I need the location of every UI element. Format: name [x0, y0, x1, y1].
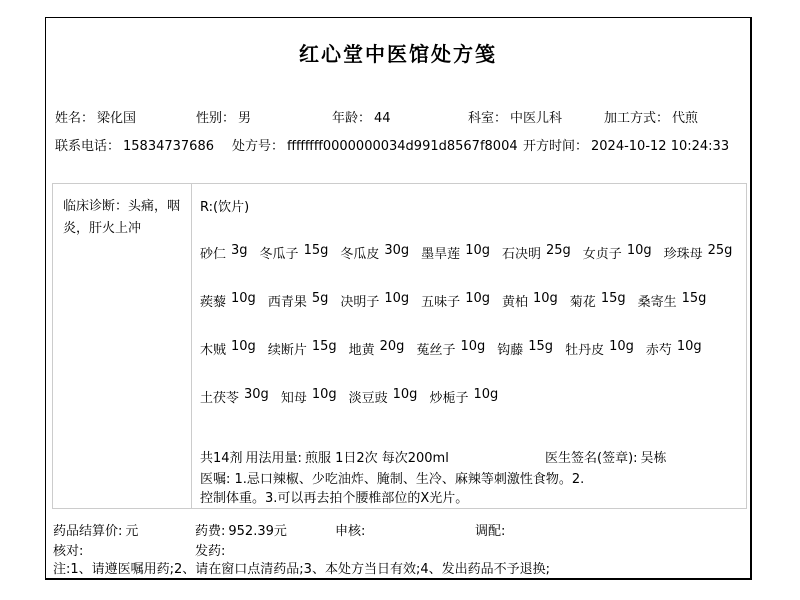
- herb-row-1: 砂仁3g冬瓜子15g冬瓜皮30g墨旱莲10g石决明25g女贞子10g珍珠母25g: [200, 243, 732, 262]
- herb-dose: 15g: [304, 243, 329, 262]
- dispense-prepare-label: 调配:: [475, 520, 505, 539]
- herb-dose: 15g: [682, 291, 707, 310]
- prescribe-time-value: 2024-10-12 10:24:33: [591, 139, 729, 154]
- herb-name: 淡豆豉: [349, 387, 388, 406]
- herb-item: 五味子10g: [421, 291, 490, 310]
- herb-item: 墨旱莲10g: [421, 243, 490, 262]
- settlement-price-value: 元: [125, 520, 138, 539]
- herb-item: 珍珠母25g: [664, 243, 733, 262]
- herb-dose: 20g: [380, 339, 405, 358]
- herb-name: 墨旱莲: [421, 243, 460, 262]
- herb-name: 地黄: [349, 339, 375, 358]
- herb-name: 冬瓜子: [260, 243, 299, 262]
- rx-header: R:(饮片): [200, 196, 249, 215]
- patient-name-field: 姓名：梁化国: [55, 107, 136, 126]
- herb-dose: 10g: [465, 243, 490, 262]
- herb-item: 蒺藜10g: [200, 291, 256, 310]
- herb-dose: 10g: [533, 291, 558, 310]
- herb-item: 地黄20g: [349, 339, 405, 358]
- herb-dose: 10g: [677, 339, 702, 358]
- herb-item: 木贼10g: [200, 339, 256, 358]
- herb-dose: 15g: [312, 339, 337, 358]
- herb-name: 桑寄生: [638, 291, 677, 310]
- medical-advice-line1: 医嘱: 1.忌口辣椒、少吃油炸、腌制、生冷、麻辣等刺激性食物。2.: [200, 468, 584, 487]
- department-value: 中医儿科: [510, 107, 562, 126]
- prescription-sheet: 红心堂中医馆处方笺 姓名：梁化国 性别：男 年龄：44 科室：中医儿科 加工方式…: [45, 17, 752, 580]
- herb-dose: 15g: [528, 339, 553, 358]
- patient-age-field: 年龄：44: [332, 107, 391, 126]
- herb-dose: 25g: [546, 243, 571, 262]
- herb-item: 冬瓜皮30g: [340, 243, 409, 262]
- patient-gender-label: 性别：: [196, 107, 235, 126]
- processing-method-field: 加工方式：代煎: [604, 107, 698, 126]
- herb-item: 续断片15g: [268, 339, 337, 358]
- medical-advice-line2: 控制体重。3.可以再去拍个腰椎部位的X光片。: [200, 487, 468, 506]
- herb-dose: 10g: [231, 291, 256, 310]
- herb-name: 木贼: [200, 339, 226, 358]
- herb-item: 女贞子10g: [583, 243, 652, 262]
- herb-dose: 10g: [231, 339, 256, 358]
- herb-item: 土茯苓30g: [200, 387, 269, 406]
- medicine-fee-value: 952.39元: [228, 520, 287, 539]
- herb-row-3: 木贼10g续断片15g地黄20g菟丝子10g钩藤15g牡丹皮10g赤芍10g: [200, 339, 702, 358]
- patient-name-label: 姓名：: [55, 107, 94, 126]
- footer-note: 注:1、请遵医嘱用药;2、请在窗口点清药品;3、本处方当日有效;4、发出药品不予…: [53, 558, 550, 577]
- prescription-body: 临床诊断：头痛，咽炎，肝火上冲 R:(饮片) 砂仁3g冬瓜子15g冬瓜皮30g墨…: [52, 183, 747, 509]
- processing-method-label: 加工方式：: [604, 107, 669, 126]
- usage-label: 用法用量:: [246, 447, 302, 466]
- prescription-number-field: 处方号：ffffffff0000000034d991d8567f8004: [232, 135, 518, 154]
- dose-count: 共14剂: [200, 447, 243, 466]
- herb-item: 赤芍10g: [646, 339, 702, 358]
- usage-value: 煎服 1日2次 每次200ml: [305, 447, 449, 466]
- herb-dose: 5g: [312, 291, 329, 310]
- phone-field: 联系电话：15834737686: [55, 135, 214, 154]
- herb-item: 菟丝子10g: [416, 339, 485, 358]
- herb-name: 菊花: [570, 291, 596, 310]
- herb-name: 珍珠母: [664, 243, 703, 262]
- herb-dose: 10g: [627, 243, 652, 262]
- usage-line: 共14剂 用法用量: 煎服 1日2次 每次200ml: [200, 447, 449, 466]
- prescribe-time-label: 开方时间：: [523, 135, 588, 154]
- settlement-price-field: 药品结算价:元: [53, 520, 138, 539]
- herb-item: 知母10g: [281, 387, 337, 406]
- herb-name: 炒栀子: [429, 387, 468, 406]
- herb-item: 牡丹皮10g: [565, 339, 634, 358]
- herb-item: 石决明25g: [502, 243, 571, 262]
- herb-dose: 10g: [384, 291, 409, 310]
- prescription-number-label: 处方号：: [232, 135, 284, 154]
- herb-dose: 15g: [601, 291, 626, 310]
- herb-name: 续断片: [268, 339, 307, 358]
- patient-age-value: 44: [374, 111, 391, 126]
- check-label: 核对:: [53, 540, 83, 559]
- herb-dose: 10g: [473, 387, 498, 406]
- processing-method-value: 代煎: [672, 107, 698, 126]
- prescribe-time-field: 开方时间：2024-10-12 10:24:33: [523, 135, 729, 154]
- doctor-signature-value: 吴栋: [641, 447, 667, 466]
- herb-name: 决明子: [340, 291, 379, 310]
- medicine-fee-label: 药费:: [195, 520, 225, 539]
- department-field: 科室：中医儿科: [468, 107, 562, 126]
- column-divider: [191, 184, 192, 508]
- patient-age-label: 年龄：: [332, 107, 371, 126]
- herb-dose: 10g: [460, 339, 485, 358]
- settlement-price-label: 药品结算价:: [53, 520, 122, 539]
- herb-name: 蒺藜: [200, 291, 226, 310]
- herb-dose: 30g: [384, 243, 409, 262]
- patient-gender-field: 性别：男: [196, 107, 251, 126]
- herb-item: 砂仁3g: [200, 243, 248, 262]
- herb-item: 桑寄生15g: [638, 291, 707, 310]
- herb-item: 淡豆豉10g: [349, 387, 418, 406]
- phone-label: 联系电话：: [55, 135, 120, 154]
- dispense-field: 发药:: [195, 540, 228, 559]
- herb-name: 石决明: [502, 243, 541, 262]
- herb-name: 西青果: [268, 291, 307, 310]
- herb-name: 砂仁: [200, 243, 226, 262]
- herb-item: 菊花15g: [570, 291, 626, 310]
- herb-item: 黄柏10g: [502, 291, 558, 310]
- herb-item: 冬瓜子15g: [260, 243, 329, 262]
- dispense-prepare-field: 调配:: [475, 520, 508, 539]
- prescription-number-value: ffffffff0000000034d991d8567f8004: [287, 139, 518, 154]
- check-field: 核对:: [53, 540, 86, 559]
- page-title: 红心堂中医馆处方笺: [46, 38, 750, 67]
- herb-dose: 25g: [708, 243, 733, 262]
- herb-name: 女贞子: [583, 243, 622, 262]
- doctor-signature: 医生签名(签章): 吴栋: [545, 447, 667, 466]
- herb-row-4: 土茯苓30g知母10g淡豆豉10g炒栀子10g: [200, 387, 498, 406]
- herb-dose: 3g: [231, 243, 248, 262]
- herb-name: 钩藤: [497, 339, 523, 358]
- dispense-label: 发药:: [195, 540, 225, 559]
- herb-name: 冬瓜皮: [340, 243, 379, 262]
- herb-name: 牡丹皮: [565, 339, 604, 358]
- review-field: 申核:: [335, 520, 368, 539]
- diagnosis-label: 临床诊断：: [63, 199, 128, 214]
- herb-dose: 10g: [609, 339, 634, 358]
- herb-dose: 10g: [465, 291, 490, 310]
- herb-dose: 10g: [312, 387, 337, 406]
- patient-name-value: 梁化国: [97, 107, 136, 126]
- herb-name: 土茯苓: [200, 387, 239, 406]
- medicine-fee-field: 药费: 952.39元: [195, 520, 287, 539]
- herb-dose: 30g: [244, 387, 269, 406]
- herb-name: 菟丝子: [416, 339, 455, 358]
- doctor-signature-label: 医生签名(签章):: [545, 447, 638, 466]
- herb-row-2: 蒺藜10g西青果5g决明子10g五味子10g黄柏10g菊花15g桑寄生15g: [200, 291, 706, 310]
- herb-dose: 10g: [393, 387, 418, 406]
- herb-item: 钩藤15g: [497, 339, 553, 358]
- patient-gender-value: 男: [238, 107, 251, 126]
- herb-item: 决明子10g: [340, 291, 409, 310]
- clinical-diagnosis: 临床诊断：头痛，咽炎，肝火上冲: [63, 196, 185, 240]
- herb-item: 西青果5g: [268, 291, 329, 310]
- review-label: 申核:: [335, 520, 365, 539]
- department-label: 科室：: [468, 107, 507, 126]
- herb-name: 黄柏: [502, 291, 528, 310]
- herb-name: 知母: [281, 387, 307, 406]
- herb-name: 五味子: [421, 291, 460, 310]
- phone-value: 15834737686: [123, 139, 214, 154]
- herb-item: 炒栀子10g: [429, 387, 498, 406]
- herb-name: 赤芍: [646, 339, 672, 358]
